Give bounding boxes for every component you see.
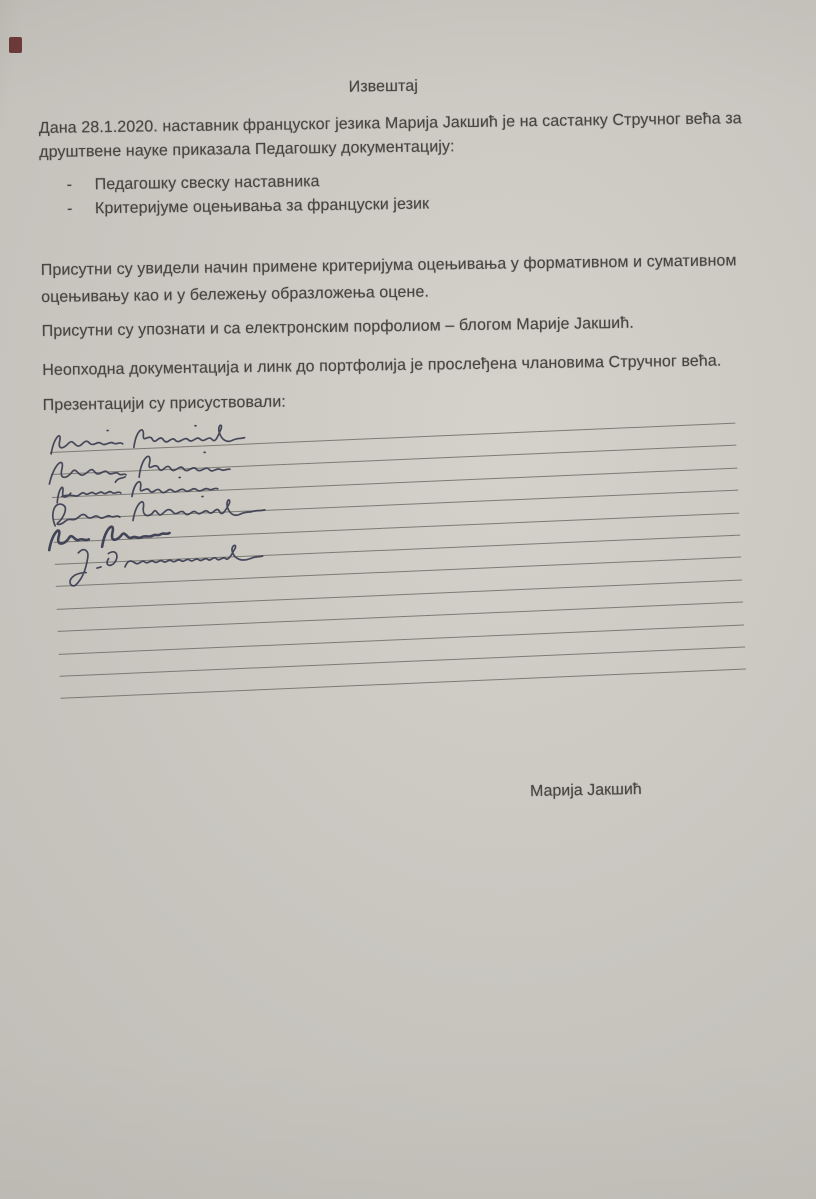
handwritten-signature-6 xyxy=(62,535,302,589)
document-title: Извештај xyxy=(0,72,770,103)
ruled-line xyxy=(58,602,743,632)
paragraph2-line2: оцењивању као и у бележењу образложења о… xyxy=(41,283,429,308)
attendees-heading: Презентацији су присуствовали: xyxy=(43,393,286,416)
document-photo: Извештај Дана 28.1.2020. наставник франц… xyxy=(0,0,816,1199)
ruled-line xyxy=(61,669,746,699)
signoff-name: Марија Јакшић xyxy=(530,781,642,801)
bullet1-marker: - xyxy=(67,176,73,196)
ruled-line xyxy=(59,624,744,654)
signature-section xyxy=(50,423,752,752)
bullet2-marker: - xyxy=(67,200,73,220)
paragraph3: Присутни су упознати и са електронским п… xyxy=(42,314,634,342)
bullet2-text: Критеријуме оцењивања за француски језик xyxy=(95,195,430,220)
paragraph1-line1: Дана 28.1.2020. наставник француског јез… xyxy=(39,109,742,139)
ruled-line xyxy=(60,646,745,676)
paragraph4: Неопходна документација и линк до портфо… xyxy=(42,352,721,381)
paragraph1-line2: друштвене науке приказала Педагошку доку… xyxy=(39,137,455,163)
bullet1-text: Педагошку свеску наставника xyxy=(95,172,320,195)
paragraph2-line1: Присутни су увидели начин примене критер… xyxy=(41,251,737,281)
